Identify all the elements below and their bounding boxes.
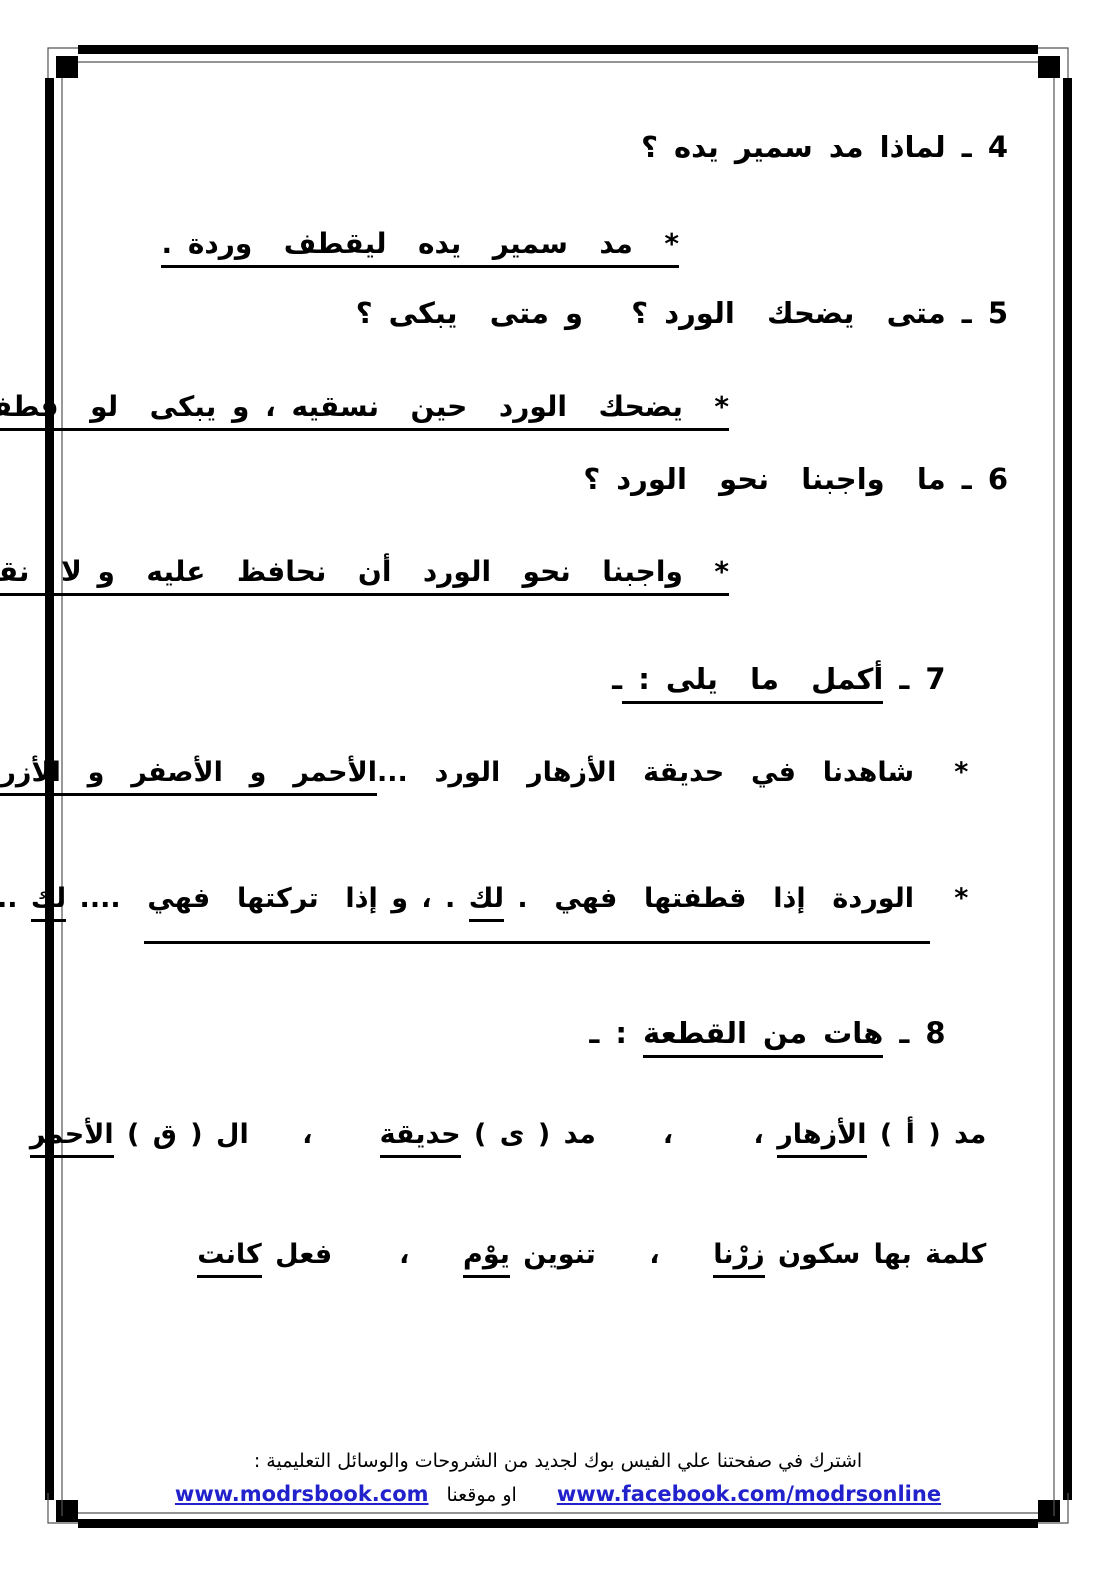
q8-line1-seg: مد ( أ ) (867, 1119, 987, 1150)
q8-line1-seg: ، ، مد ( ى ) (461, 1119, 778, 1150)
q8-line1-answer: حديقة (380, 1119, 461, 1158)
answer-6: * واجبنا نحو الورد أن نحافظ عليه و لا نق… (0, 522, 792, 621)
question-7-number: 7 ـ (883, 662, 945, 696)
modrsbook-link[interactable]: www.modrsbook.com (175, 1482, 429, 1506)
question-8-title: 8 ـ هات من القطعة : ـ (589, 982, 1010, 1084)
q8-line1-seg: ، ال ( ق ) (114, 1119, 380, 1150)
q7-fill2-seg: .... ولـ .... (0, 883, 31, 914)
question-8-tail: : ـ (589, 1016, 643, 1050)
footer-links-row: www.modrsbook.com او موقعنا www.facebook… (0, 1482, 1116, 1506)
or-our-site-text: او موقعنا (447, 1484, 517, 1506)
question-8-heading: هات من القطعة (643, 1016, 883, 1058)
answer-4: * مد سمير يده ليقطف وردة . (161, 194, 742, 293)
question-7-tail: ـ (612, 662, 622, 696)
question-8-number: 8 ـ (883, 1016, 945, 1050)
q8-line2-seg: ، تنوين (510, 1239, 713, 1270)
q8-line2-answer: يوْم (463, 1239, 510, 1278)
question-6: 6 ـ ما واجبنا نحو الورد ؟ (583, 462, 1008, 496)
answer-4-text: * مد سمير يده ليقطف وردة . (161, 227, 679, 268)
question-7-heading: أكمل ما يلى : (622, 662, 883, 704)
question-4: 4 ـ لماذا مد سمير يده ؟ (641, 130, 1008, 164)
q8-line2-answer: كانت (197, 1239, 262, 1278)
q7-fill-line-2: * الوردة إذا قطفتها فهي . لك . ، و إذا ت… (0, 852, 1022, 945)
facebook-link[interactable]: www.facebook.com/modrsonline (557, 1482, 941, 1506)
q8-line1-answer: الأزهار (777, 1119, 866, 1158)
q8-line2-seg: كلمة بها سكون (765, 1239, 987, 1270)
q7-fill2-answer: لك (31, 883, 66, 922)
divider-line (144, 941, 930, 944)
answer-5-text: * يضحك الورد حين نسقيه ، و يبكى لو قطفنا… (0, 390, 729, 431)
q8-answers-line-2: كلمة بها سكون زرْنا ، تنوين يوْم ، فعل ك… (197, 1208, 1040, 1301)
q8-line2-seg: ، فعل (262, 1239, 463, 1270)
answer-6-text: * واجبنا نحو الورد أن نحافظ عليه و لا نق… (0, 555, 729, 596)
footer-note: اشترك في صفحتنا علي الفيس بوك لجديد من ا… (0, 1450, 1116, 1472)
q8-line1-answer: الأحمر (30, 1119, 114, 1158)
answer-5: * يضحك الورد حين نسقيه ، و يبكى لو قطفنا… (0, 357, 792, 456)
q7-fill1-pre: * شاهدنا في حديقة الأزهار الورد ... (377, 757, 968, 788)
q7-fill2-seg: * الوردة إذا قطفتها فهي . (504, 883, 968, 914)
q8-line2-answer: زرْنا (713, 1239, 764, 1278)
q7-fill2-answer: لك (469, 883, 504, 922)
q7-fill-line-1: * شاهدنا في حديقة الأزهار الورد ...الأحم… (0, 726, 1022, 819)
question-5: 5 ـ متى يضحك الورد ؟ و متى يبكى ؟ (356, 296, 1008, 330)
q7-fill1-answer: الأحمر و الأصفر و الأزرق.. (0, 757, 377, 796)
worksheet-page: 4 ـ لماذا مد سمير يده ؟ * مد سمير يده لي… (0, 0, 1116, 1578)
q8-answers-line-1: مد ( أ ) الأزهار ، ، مد ( ى ) حديقة ، ال… (30, 1088, 1040, 1181)
question-7-title: 7 ـ أكمل ما يلى : ـ (612, 628, 1010, 730)
q7-fill2-seg: . ، و إذا تركتها فهي .... (66, 883, 469, 914)
